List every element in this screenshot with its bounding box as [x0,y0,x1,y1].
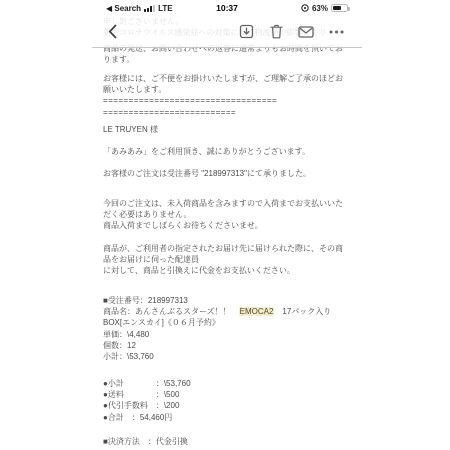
email-paragraph: ●小計 ：\53,760●送料 ：\500●代引手数料 ：\200●合計 ：54… [103,378,355,423]
body-line: ●送料 ：\500 [103,389,355,400]
phone-screen: 新型コロナウイルス感染症への対策による物流網の影響により申し訳ございません。 商… [92,0,362,450]
body-line: 願いいたします。 [103,84,355,95]
toolbar-actions [238,24,344,40]
battery-nub [348,7,350,11]
battery-icon [331,4,348,13]
back-button[interactable] [104,24,120,40]
body-line: 品をお届けに伺った配達員 [103,254,355,265]
search-highlight: EMOCA2 [239,307,275,316]
body-line: ります。 [103,54,355,65]
status-bar: ◀ Search LTE 10:37 63% [92,0,362,16]
email-paragraph: 商品が、ご利用者の指定されたお届け先に届けられた際に、その商品をお届けに伺った配… [103,243,355,277]
email-paragraph: ■決済方法 ：代金引換 [103,436,355,447]
mark-unread-button[interactable] [298,24,314,40]
archive-button[interactable] [238,24,254,40]
body-line: ================================== [103,95,355,106]
body-line: 個数：12 [103,340,355,351]
mail-toolbar [92,16,362,48]
delete-button[interactable] [268,24,284,40]
email-paragraph: LE TRUYEN 様 [103,124,355,135]
body-line: ■受注番号：218997313 [103,295,355,306]
email-paragraph: お客様には、ご不便をお掛けいたしますが、ご理解ご了承のほどお願いいたします。==… [103,73,355,118]
body-text-segment: 商品名：あんさんぶるスターズ！！ [103,307,239,316]
body-line: 商品名：あんさんぶるスターズ！！ EMOCA2 17パック入り [103,306,355,317]
battery-fill [333,6,341,11]
body-line: 商品入荷までしばらくお待ちくださいませ。 [103,220,355,231]
body-line: ========================== [103,107,355,118]
body-line: LE TRUYEN 様 [103,124,355,135]
more-button[interactable] [328,24,344,40]
email-paragraph: ■受注番号：218997313商品名：あんさんぶるスターズ！！ EMOCA2 1… [103,295,355,362]
body-line: に対して、商品と引換えに代金をお支払いください。 [103,265,355,276]
archive-icon [239,24,254,39]
body-line: ●小計 ：\53,760 [103,378,355,389]
chevron-left-icon [108,24,117,39]
body-text-segment: 17パック入り [274,307,331,316]
body-line: ■決済方法 ：代金引換 [103,436,355,447]
body-line: 商品が、ご利用者の指定されたお届け先に届けられた際に、その商 [103,243,355,254]
body-line: 小計：\53,760 [103,351,355,362]
body-line: お客様には、ご不便をお掛けいたしますが、ご理解ご了承のほどお [103,73,355,84]
trash-icon [270,24,283,39]
more-dots-icon [329,30,344,34]
email-paragraph: 今回のご注文は、未入荷商品を含みますので入荷までお支払いいただく必要はありません… [103,198,355,232]
email-paragraph: お客様のご注文は受注番号 "218997313"にて承りました。 [103,168,355,179]
body-line: お客様のご注文は受注番号 "218997313"にて承りました。 [103,168,355,179]
body-line: BOX[エンスカイ]《０６月予約》 [103,317,355,328]
body-line: ●合計 ：54,460円 [103,412,355,423]
envelope-icon [298,26,314,38]
body-line: だく必要はありません。 [103,209,355,220]
screenshot-canvas: 新型コロナウイルス感染症への対策による物流網の影響により申し訳ございません。 商… [0,0,450,450]
body-line: ●代引手数料 ：\200 [103,400,355,411]
body-line: 「あみあみ」をご利用頂き、誠にありがとうございます。 [103,146,355,157]
body-line: 単価：\4,480 [103,329,355,340]
clock: 10:37 [92,3,362,13]
email-paragraph: 「あみあみ」をご利用頂き、誠にありがとうございます。 [103,146,355,157]
body-line: 今回のご注文は、未入荷商品を含みますので入荷までお支払いいた [103,198,355,209]
